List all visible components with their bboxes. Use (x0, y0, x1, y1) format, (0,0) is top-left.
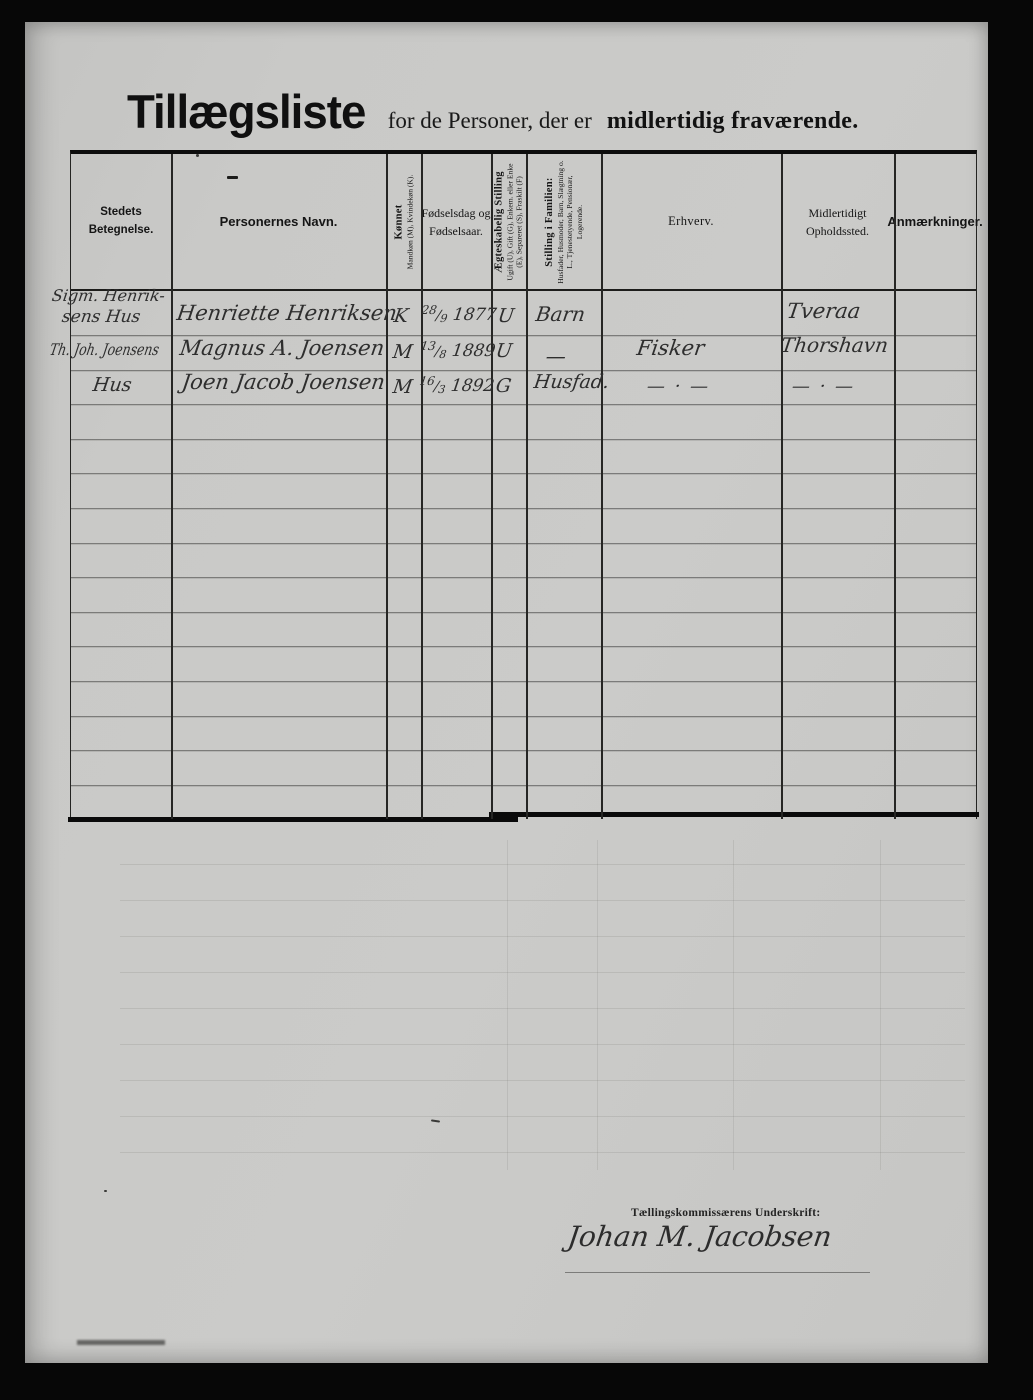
column-header-marital-main: Ægteskabelig Stilling (493, 158, 504, 286)
row-rule (71, 439, 976, 440)
entry-family-position-ditto: — (544, 344, 567, 368)
column-header-remarks: Anmærkninger. (894, 154, 976, 289)
row-rule (71, 473, 976, 474)
ghost-line (120, 936, 965, 937)
row-rule (71, 612, 976, 613)
birth-year: 1877 (452, 305, 498, 325)
entry-residence: Thorshavn (779, 333, 889, 357)
entry-residence: Tveraa (785, 299, 862, 323)
column-divider (601, 154, 603, 819)
entry-family-position: Husfad. (532, 371, 610, 393)
column-header-sex: Kønnet Mandkøn (M), Kvindekøn (K). (386, 154, 421, 289)
ghost-line (120, 1152, 965, 1153)
form-title-main: Tillægsliste (127, 84, 365, 139)
column-header-name: Personernes Navn. (171, 154, 386, 289)
column-header-occupation-label: Erhverv. (668, 214, 714, 229)
ghost-column-line (733, 840, 734, 1170)
form-title-regular: for de Personer, der er (388, 108, 592, 134)
row-rule (71, 577, 976, 578)
printer-mark (77, 1340, 165, 1345)
entry-name: Joen Jacob Joensen (180, 370, 386, 394)
column-header-place: Stedets Betegnelse. (71, 154, 171, 289)
entry-marital-status: G (494, 375, 512, 397)
entry-birthdate: 13/8 1889 (418, 339, 496, 361)
entry-birthdate: 28/9 1877 (419, 303, 497, 325)
entry-family-position: Barn (534, 302, 586, 326)
column-header-family-main: Stilling i Familien: (543, 158, 554, 286)
row-rule (71, 508, 976, 509)
column-header-family-rotated: Stilling i Familien: Husfader, Husmoder,… (543, 158, 583, 286)
row-rule (71, 646, 976, 647)
entry-residence-ditto: — · — (791, 376, 857, 397)
entry-occupation: Fisker (635, 336, 706, 360)
column-header-remarks-label: Anmærkninger. (887, 214, 982, 229)
census-table: Stedets Betegnelse. Personernes Navn. Kø… (70, 150, 977, 819)
ghost-line (120, 1008, 965, 1009)
column-header-family-position: Stilling i Familien: Husfader, Husmoder,… (526, 154, 601, 289)
entry-occupation-ditto: — · — (646, 376, 712, 397)
form-title-bold: midlertidig fraværende. (607, 108, 859, 135)
column-header-birthdate: Fødselsdag og Fødselsaar. (421, 154, 491, 289)
scanned-page-background: Tillægsliste for de Personer, der er mid… (0, 0, 1033, 1400)
entry-place-line1: Sigm. Henrik- (51, 286, 167, 305)
birth-month: 9 (439, 312, 448, 325)
bleed-through (120, 850, 965, 1170)
table-bottom-border-left (68, 817, 518, 822)
entry-place: Th. Joh. Joensens (48, 340, 160, 359)
column-header-sex-rotated: Kønnet Mandkøn (M), Kvindekøn (K). (393, 158, 414, 286)
entry-name: Henriette Henriksen (175, 301, 398, 325)
entry-sex: M (391, 376, 414, 398)
form-title: Tillægsliste for de Personer, der er mid… (127, 84, 957, 139)
signature-line (565, 1272, 870, 1273)
column-header-residence-label: Midlertidigt Opholdssted. (781, 204, 894, 240)
column-header-occupation: Erhverv. (601, 154, 781, 289)
column-divider (421, 154, 423, 819)
table-bottom-border-right (489, 812, 979, 817)
column-header-family-sub: Husfader, Husmoder, Barn, Slægtning o. L… (555, 158, 583, 286)
entry-marital-status: U (496, 305, 515, 327)
ghost-column-line (507, 840, 508, 1170)
entry-place: Hus (91, 374, 133, 396)
birth-month: 3 (437, 383, 446, 396)
column-divider (386, 154, 388, 819)
entry-name: Magnus A. Joensen (178, 336, 386, 360)
column-header-marital-status: Ægteskabelig Stilling Ugift (U), Gift (G… (491, 154, 526, 289)
ghost-line (120, 864, 965, 865)
row-rule (71, 750, 976, 751)
column-header-name-label: Personernes Navn. (220, 214, 338, 229)
table-body (71, 289, 976, 819)
birth-year: 1889 (451, 341, 497, 361)
ghost-line (120, 972, 965, 973)
signature-label: Tællingskommissærens Underskrift: (631, 1207, 821, 1219)
column-divider (526, 154, 528, 819)
ghost-line (120, 1080, 965, 1081)
entry-birthdate: 16/3 1892 (417, 374, 495, 396)
column-header-marital-sub: Ugift (U), Gift (G), Enkem. eller Enke (… (505, 158, 524, 286)
commissioner-signature: Johan M. Jacobsen (566, 1220, 834, 1253)
column-header-marital-rotated: Ægteskabelig Stilling Ugift (U), Gift (G… (493, 158, 524, 286)
column-divider (491, 154, 493, 819)
ghost-line (120, 1044, 965, 1045)
birth-month: 8 (438, 348, 447, 361)
row-rule (71, 543, 976, 544)
column-divider (171, 154, 173, 819)
row-rule (71, 404, 976, 405)
ghost-line (120, 1116, 965, 1117)
column-divider (781, 154, 783, 819)
birth-year: 1892 (450, 376, 496, 396)
ghost-line (120, 900, 965, 901)
table-header: Stedets Betegnelse. Personernes Navn. Kø… (71, 154, 976, 289)
entry-marital-status: U (494, 340, 513, 362)
column-header-sex-main: Kønnet (393, 158, 404, 286)
ghost-column-line (880, 840, 881, 1170)
ghost-column-line (597, 840, 598, 1170)
column-header-sex-sub: Mandkøn (M), Kvindekøn (K). (405, 158, 414, 286)
entry-place-line2: sens Hus (61, 307, 142, 327)
row-rule (71, 716, 976, 717)
column-header-birthdate-label: Fødselsdag og Fødselsaar. (421, 204, 491, 240)
entry-sex: M (391, 341, 414, 363)
row-rule (71, 681, 976, 682)
column-divider (894, 154, 896, 819)
row-rule (71, 785, 976, 786)
column-header-place-label: Stedets Betegnelse. (71, 204, 171, 240)
column-header-residence: Midlertidigt Opholdssted. (781, 154, 894, 289)
stray-pen-mark (431, 1119, 440, 1122)
census-form-page: Tillægsliste for de Personer, der er mid… (25, 22, 988, 1363)
paper-speck (104, 1190, 107, 1192)
